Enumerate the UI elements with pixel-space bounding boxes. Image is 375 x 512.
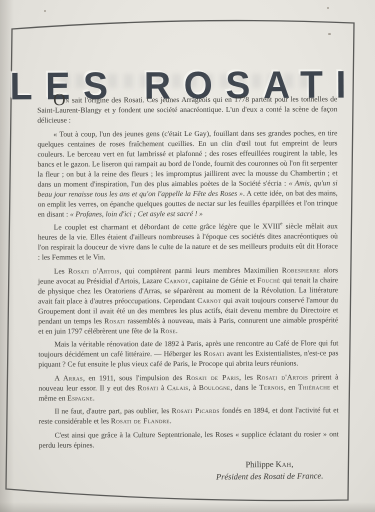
paragraph-artois: Les Rosati d'Artois, qui comptèrent parm… bbox=[38, 265, 338, 336]
paragraph-arras-1911: A Arras, en 1911, sous l'impulsion des R… bbox=[38, 372, 338, 403]
paragraph-quote: « Tout à coup, l'un des jeunes gens (c'é… bbox=[37, 128, 337, 219]
paragraph-conclusion: C'est ainsi que grâce à la Culture Septe… bbox=[39, 429, 339, 450]
page-gutter-shadow bbox=[0, 0, 14, 512]
signature-role: Président des Rosati de France. bbox=[216, 470, 323, 483]
article-body: On sait l'origine des Rosati. Ces jeunes… bbox=[37, 94, 339, 453]
paragraph-picards: Il ne faut, d'autre part, pas oublier, l… bbox=[39, 405, 339, 426]
reverse-page-show-through bbox=[60, 74, 315, 88]
paragraph-couplet: Le couplet est charmant et débordant de … bbox=[38, 221, 338, 262]
scanned-page: LES ROSATI On sait l'origine des Rosati.… bbox=[0, 0, 375, 512]
paper-speck bbox=[44, 10, 46, 12]
paper-speck bbox=[328, 33, 331, 35]
paragraph-renovation: Mais la véritable rénovation date de 189… bbox=[38, 338, 338, 369]
paragraph-intro: On sait l'origine des Rosati. Ces jeunes… bbox=[37, 94, 337, 125]
page-bottom-shadow bbox=[0, 502, 375, 512]
paper-speck bbox=[327, 7, 329, 9]
signature-block: Philippe Kah, Président des Rosati de Fr… bbox=[216, 458, 323, 482]
